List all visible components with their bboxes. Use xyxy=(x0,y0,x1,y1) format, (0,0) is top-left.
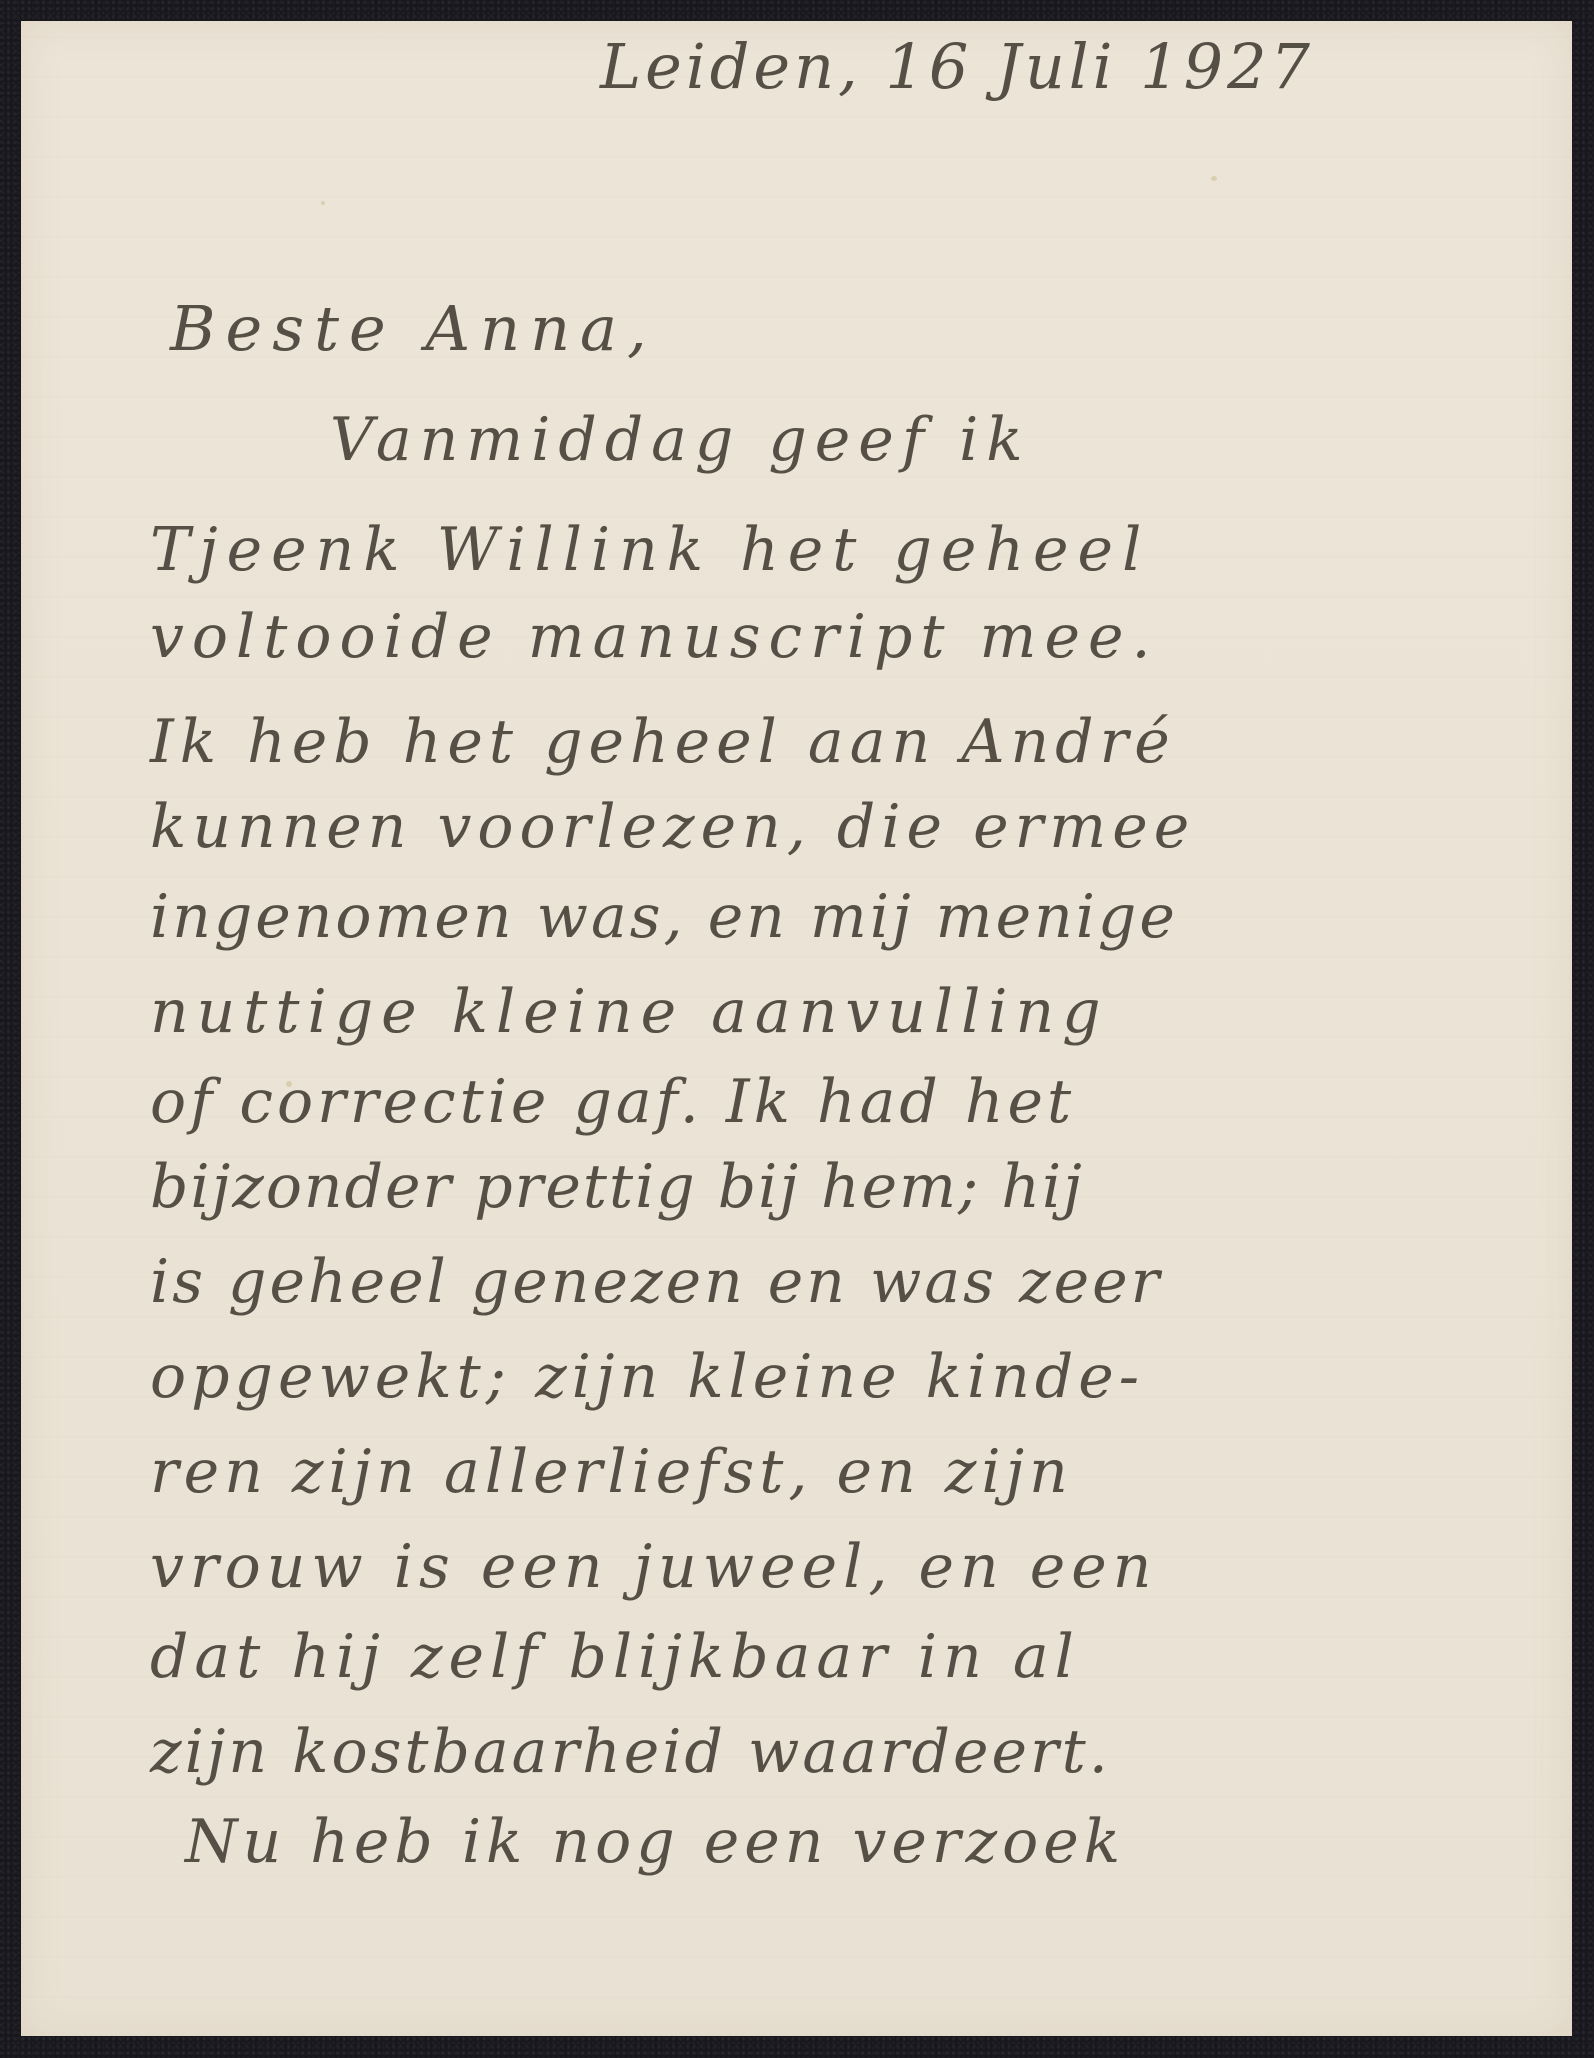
letter-line-15: zijn kostbaarheid waardeert. xyxy=(150,1722,1111,1782)
letter-line-13: vrouw is een juweel, en een xyxy=(150,1537,1157,1597)
letter-line-14: dat hij zelf blijkbaar in al xyxy=(150,1627,1080,1687)
paper-foxing-spot xyxy=(1211,176,1217,181)
letter-line-2: Tjeenk Willink het geheel xyxy=(150,520,1150,580)
letter-line-10: is geheel genezen en was zeer xyxy=(150,1252,1162,1312)
place-and-date: Leiden, 16 Juli 1927 xyxy=(600,36,1314,98)
letter-line-9: bijzonder prettig bij hem; hij xyxy=(150,1157,1084,1217)
letter-line-8: of correctie gaf. Ik had het xyxy=(150,1072,1075,1132)
letter-line-12: ren zijn allerliefst, en zijn xyxy=(150,1442,1073,1502)
letter-line-7: nuttige kleine aanvulling xyxy=(150,982,1109,1042)
letter-line-1: Vanmiddag geef ik xyxy=(330,410,1031,470)
paper-foxing-spot xyxy=(321,201,325,205)
salutation: Beste Anna, xyxy=(170,298,657,360)
letter-line-3: voltooide manuscript mee. xyxy=(150,607,1159,667)
letter-line-5: kunnen voorlezen, die ermee xyxy=(150,797,1195,857)
letter-line-16: Nu heb ik nog een verzoek xyxy=(185,1812,1125,1872)
letter-line-6: ingenomen was, en mij menige xyxy=(150,887,1178,947)
letter-line-11: opgewekt; zijn kleine kinde- xyxy=(150,1347,1144,1407)
letter-line-4: Ik heb het geheel aan André xyxy=(150,712,1176,772)
